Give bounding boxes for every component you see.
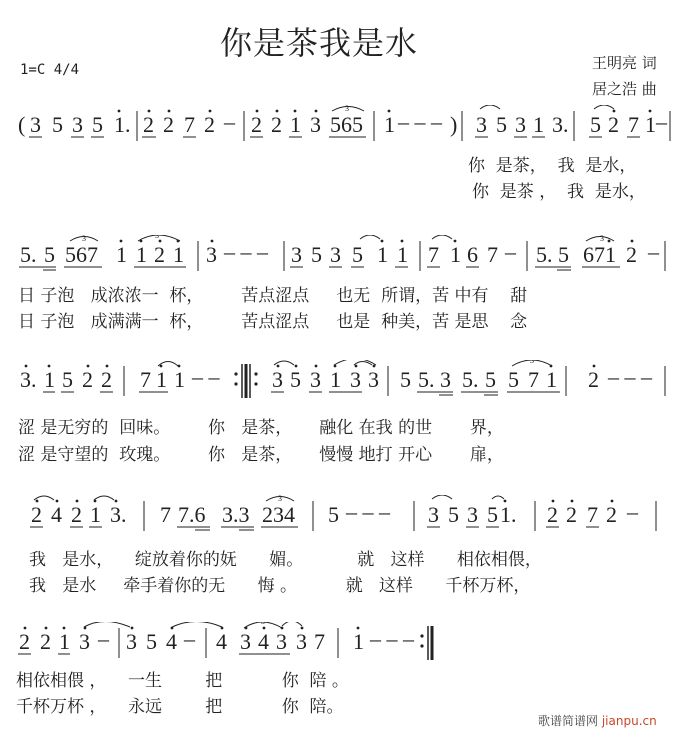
svg-text:3: 3 <box>206 242 217 267</box>
svg-text:3: 3 <box>467 502 478 527</box>
svg-text:– – –: – – – <box>369 626 415 651</box>
svg-text:3: 3 <box>350 367 361 392</box>
svg-text:5: 5 <box>311 242 322 267</box>
notation-row-2: 5.5 567 3 1 1 2 1 3 3 – – – 3 5 3 5 1 1 … <box>0 235 688 280</box>
svg-text:– –: – – <box>191 364 221 389</box>
svg-text:–: – <box>97 626 110 651</box>
svg-text:– – –: – – – <box>223 239 269 264</box>
watermark-url: jianpu.cn <box>602 714 657 728</box>
svg-text:2: 2 <box>608 112 619 137</box>
svg-text:7.6: 7.6 <box>178 502 206 527</box>
svg-text:5: 5 <box>508 367 519 392</box>
svg-text:– – –: – – – <box>345 499 391 524</box>
svg-text:5.: 5. <box>536 242 553 267</box>
svg-text:3: 3 <box>310 367 321 392</box>
svg-text:7: 7 <box>587 502 598 527</box>
svg-text:4: 4 <box>166 629 177 654</box>
svg-text:1.: 1. <box>500 502 517 527</box>
svg-text:3: 3 <box>600 235 604 243</box>
svg-text:4: 4 <box>51 502 62 527</box>
key-signature: 1=C 4/4 <box>20 62 79 78</box>
svg-text:5.: 5. <box>462 367 479 392</box>
notation-row-5: 2 2 1 3 – 3 5 4 – 4 3 4 3 3 3 7 1 – – – <box>0 622 688 667</box>
svg-text:(: ( <box>18 112 25 137</box>
svg-text:1: 1 <box>546 367 557 392</box>
svg-text:2: 2 <box>163 112 174 137</box>
svg-text:7: 7 <box>140 367 151 392</box>
notation-row-4: 2 4 2 1 3. 7 7.6 3.3 234 3 5– – – 3 5 3 … <box>0 495 688 540</box>
svg-text:5: 5 <box>92 112 103 137</box>
svg-text:565: 565 <box>330 112 363 137</box>
svg-text:1: 1 <box>397 242 408 267</box>
svg-text:–: – <box>223 109 236 134</box>
svg-text:2: 2 <box>40 629 51 654</box>
svg-text:1: 1 <box>645 112 656 137</box>
svg-text:–: – <box>655 109 668 134</box>
svg-text:5: 5 <box>146 629 157 654</box>
svg-text:3.: 3. <box>20 367 37 392</box>
svg-text:3: 3 <box>330 242 341 267</box>
svg-text:5: 5 <box>400 367 411 392</box>
svg-text:7: 7 <box>184 112 195 137</box>
svg-text:1: 1 <box>116 242 127 267</box>
svg-text:– – –: – – – <box>607 364 653 389</box>
svg-text:5: 5 <box>352 242 363 267</box>
svg-text:1: 1 <box>533 112 544 137</box>
svg-text:5: 5 <box>496 112 507 137</box>
svg-text:2: 2 <box>251 112 262 137</box>
svg-text:1: 1 <box>174 367 185 392</box>
svg-text:3: 3 <box>530 360 534 365</box>
composer-credit: 居之浩 曲 <box>592 78 657 99</box>
svg-text:3: 3 <box>291 242 302 267</box>
svg-text:3: 3 <box>296 629 307 654</box>
svg-text:2: 2 <box>606 502 617 527</box>
lyrics-verse-1: 日 子泡 成浓浓一 杯， 苦点涩点 也无 所谓，苦 中有 甜 <box>18 281 527 306</box>
svg-text:1: 1 <box>44 367 55 392</box>
svg-text:3: 3 <box>261 622 265 626</box>
svg-text:2: 2 <box>626 242 637 267</box>
svg-text:5: 5 <box>590 112 601 137</box>
svg-text:2: 2 <box>19 629 30 654</box>
svg-text:1: 1 <box>377 242 388 267</box>
lyrics-verse-2: 涩 是守望的 玫瑰。 你 是茶， 慢慢 地打 开心 扉， <box>18 440 504 465</box>
lyricist-credit: 王明亮 词 <box>592 52 657 73</box>
svg-text:3: 3 <box>276 629 287 654</box>
svg-text:2: 2 <box>154 242 165 267</box>
svg-text:5.: 5. <box>20 242 37 267</box>
svg-text:3: 3 <box>126 629 137 654</box>
svg-text:7: 7 <box>628 112 639 137</box>
svg-text:3: 3 <box>30 112 41 137</box>
svg-text:1: 1 <box>290 112 301 137</box>
svg-text:7: 7 <box>428 242 439 267</box>
site-watermark: 歌谱简谱网 jianpu.cn <box>538 712 657 729</box>
svg-text:2: 2 <box>588 367 599 392</box>
svg-text:6: 6 <box>467 242 478 267</box>
svg-text:–: – <box>626 499 639 524</box>
svg-text:3: 3 <box>272 367 283 392</box>
svg-text:3: 3 <box>428 502 439 527</box>
lyrics-verse-2: 千杯万杯 ， 永远 把 你 陪。 <box>16 692 344 717</box>
svg-text:671: 671 <box>583 242 616 267</box>
svg-text:7: 7 <box>314 629 325 654</box>
svg-text:1: 1 <box>156 367 167 392</box>
svg-text:3.: 3. <box>110 502 127 527</box>
lyrics-verse-2: 你 是茶 ， 我 是水， <box>472 177 646 202</box>
watermark-site-name: 歌谱简谱网 <box>538 714 598 728</box>
svg-text:2: 2 <box>204 112 215 137</box>
svg-text:7: 7 <box>487 242 498 267</box>
lyrics-verse-1: 涩 是无穷的 回味。 你 是茶， 融化 在我 的世 界， <box>18 413 504 438</box>
svg-text:–: – <box>504 239 517 264</box>
svg-text:1: 1 <box>384 112 395 137</box>
svg-text:3: 3 <box>240 629 251 654</box>
svg-text:7: 7 <box>160 502 171 527</box>
svg-text:5: 5 <box>485 367 496 392</box>
svg-text:2: 2 <box>101 367 112 392</box>
svg-text:3: 3 <box>515 112 526 137</box>
svg-text:–: – <box>183 626 196 651</box>
svg-text:3: 3 <box>345 105 349 113</box>
svg-text:1: 1 <box>330 367 341 392</box>
svg-text:2: 2 <box>82 367 93 392</box>
lyrics-verse-1: 你 是茶， 我 是水， <box>468 151 636 176</box>
svg-text:5: 5 <box>52 112 63 137</box>
lyrics-verse-1: 我 是水， 绽放着你的妩 媚。 就 这样 相依相偎， <box>29 545 542 570</box>
svg-text:3: 3 <box>440 367 451 392</box>
svg-text:3: 3 <box>476 112 487 137</box>
svg-text:1: 1 <box>90 502 101 527</box>
svg-text:1: 1 <box>450 242 461 267</box>
svg-text:2: 2 <box>143 112 154 137</box>
svg-text:– – –: – – – <box>397 109 443 134</box>
svg-text:5: 5 <box>448 502 459 527</box>
svg-text:1: 1 <box>136 242 147 267</box>
svg-text:2: 2 <box>71 502 82 527</box>
svg-text:1: 1 <box>59 629 70 654</box>
svg-text:3: 3 <box>82 235 86 243</box>
svg-text:3.3: 3.3 <box>222 502 250 527</box>
svg-text:): ) <box>450 112 457 137</box>
svg-text:7: 7 <box>528 367 539 392</box>
lyrics-verse-2: 日 子泡 成满满一 杯， 苦点涩点 也是 种美，苦 是思 念 <box>18 307 527 332</box>
svg-text:2: 2 <box>271 112 282 137</box>
svg-text:567: 567 <box>65 242 98 267</box>
svg-text:5: 5 <box>44 242 55 267</box>
lyrics-verse-2: 我 是水 牵手着你的无 悔 。 就 这样 千杯万杯， <box>29 571 530 596</box>
svg-text:2: 2 <box>31 502 42 527</box>
svg-text:2: 2 <box>566 502 577 527</box>
song-title: 你是茶我是水 <box>220 18 418 64</box>
svg-text:3: 3 <box>79 629 90 654</box>
svg-text:4: 4 <box>258 629 269 654</box>
svg-text:1: 1 <box>353 629 364 654</box>
svg-text:3: 3 <box>72 112 83 137</box>
svg-text:–: – <box>647 239 660 264</box>
svg-text:3: 3 <box>310 112 321 137</box>
svg-text:3: 3 <box>368 367 379 392</box>
svg-text:5: 5 <box>290 367 301 392</box>
svg-text:5: 5 <box>558 242 569 267</box>
svg-text:2: 2 <box>547 502 558 527</box>
lyrics-verse-1: 相依相偎 ， 一生 把 你 陪 。 <box>16 666 349 691</box>
svg-text:5: 5 <box>487 502 498 527</box>
svg-text:1: 1 <box>173 242 184 267</box>
notation-row-1: ( 3 5 3 5 1. 2 2 7 2 – 2 2 1 3 565 3 1 –… <box>0 105 688 150</box>
svg-text:5: 5 <box>62 367 73 392</box>
svg-text:5: 5 <box>328 502 339 527</box>
svg-text:3.: 3. <box>552 112 569 137</box>
svg-text:3: 3 <box>155 235 159 240</box>
svg-text:.: . <box>125 112 131 137</box>
svg-text:5.: 5. <box>418 367 435 392</box>
svg-text:4: 4 <box>216 629 227 654</box>
svg-text:234: 234 <box>262 502 295 527</box>
svg-text:3: 3 <box>278 495 282 503</box>
notation-row-3: 3. 1 5 2 2 7 1 1 – – 3 5 3 1 3 3 5 5.3 5… <box>0 360 688 405</box>
svg-text:1: 1 <box>114 112 125 137</box>
